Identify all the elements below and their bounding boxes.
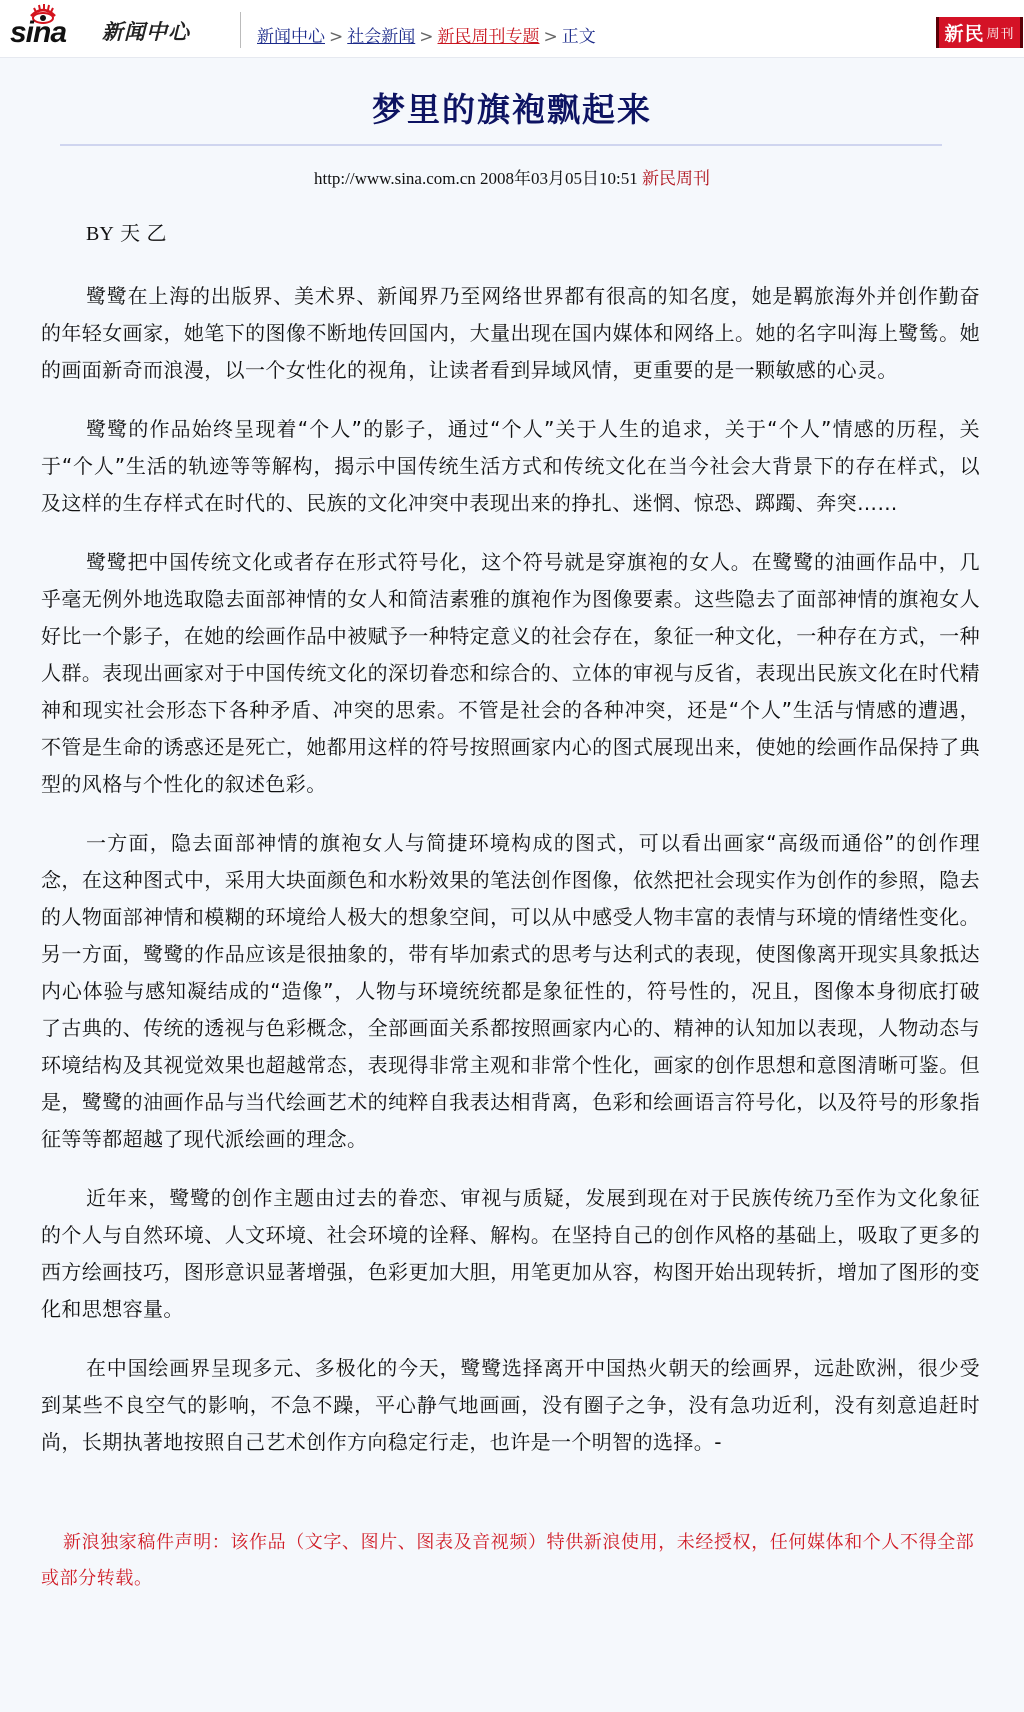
header-divider (240, 12, 241, 48)
breadcrumb-separator: > (329, 27, 343, 47)
breadcrumb-xinmin-special[interactable]: 新民周刊专题 (438, 27, 540, 47)
top-header: sina 新闻中心 新闻中心>社会新闻>新民周刊专题>正文 新民周刊 (0, 0, 1024, 58)
byline-author: 天 乙 (120, 221, 166, 245)
article-paragraph: 鹭鹭的作品始终呈现着“个人”的影子，通过“个人”关于人生的追求，关于“个人”情感… (41, 411, 980, 522)
section-name: 新闻中心 (102, 16, 190, 46)
breadcrumb: 新闻中心>社会新闻>新民周刊专题>正文 (257, 22, 596, 47)
title-block: 梦里的旗袍飘起来 (0, 58, 1024, 134)
sina-logo-text: sina (10, 18, 66, 48)
article-title: 梦里的旗袍飘起来 (0, 86, 1024, 134)
title-divider (60, 144, 942, 146)
byline-prefix: BY (86, 223, 114, 245)
article-page: 梦里的旗袍飘起来 http://www.sina.com.cn 2008年03月… (0, 58, 1024, 1712)
badge-small-text: 周刊 (987, 23, 1015, 42)
article-meta: http://www.sina.com.cn 2008年03月05日10:51 … (0, 164, 1024, 189)
meta-datetime: 2008年03月05日10:51 (480, 169, 638, 188)
meta-url: http://www.sina.com.cn (314, 169, 476, 188)
breadcrumb-current: 正文 (562, 27, 596, 47)
breadcrumb-social-news[interactable]: 社会新闻 (347, 27, 415, 47)
article-paragraph: 近年来，鹭鹭的创作主题由过去的眷恋、审视与质疑，发展到现在对于民族传统乃至作为文… (41, 1180, 980, 1328)
article-paragraph: 在中国绘画界呈现多元、多极化的今天，鹭鹭选择离开中国热火朝天的绘画界，远赴欧洲，… (41, 1350, 980, 1461)
article-paragraph: 鹭鹭把中国传统文化或者存在形式符号化，这个符号就是穿旗袍的女人。在鹭鹭的油画作品… (41, 544, 980, 803)
badge-main-text: 新民 (944, 19, 984, 46)
sina-logo[interactable]: sina (10, 4, 86, 48)
meta-source: 新民周刊 (642, 169, 710, 189)
copyright-notice: 新浪独家稿件声明：该作品（文字、图片、图表及音视频）特供新浪使用，未经授权，任何… (0, 1525, 1024, 1597)
breadcrumb-news-center[interactable]: 新闻中心 (257, 27, 325, 47)
article-paragraph: 一方面，隐去面部神情的旗袍女人与简捷环境构成的图式，可以看出画家“高级而通俗”的… (41, 825, 980, 1158)
article-paragraph: 鹭鹭在上海的出版界、美术界、新闻界乃至网络世界都有很高的知名度，她是羁旅海外并创… (41, 278, 980, 389)
xinmin-weekly-badge[interactable]: 新民周刊 (933, 17, 1023, 48)
breadcrumb-separator: > (419, 27, 433, 47)
byline: BY 天 乙 (41, 215, 980, 252)
article-body: BY 天 乙 鹭鹭在上海的出版界、美术界、新闻界乃至网络世界都有很高的知名度，她… (0, 215, 1024, 1461)
breadcrumb-separator: > (544, 27, 558, 47)
